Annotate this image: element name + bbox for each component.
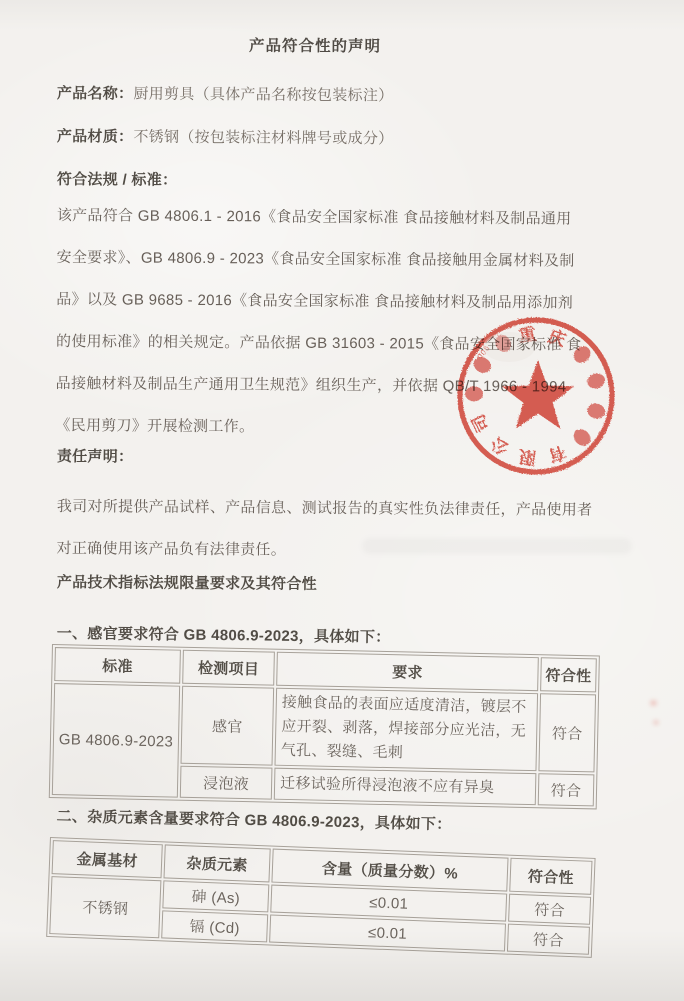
- cell-conformity: 符合: [507, 924, 590, 955]
- sensory-requirements-table-wrap: 标准 检测项目 要求 符合性 GB 4806.9-2023 感官 接触食品的表面…: [49, 644, 600, 809]
- cell-requirement: 接触食品的表面应适度清洁，镀层不应开裂、剥落，焊接部分应光洁，无气孔、裂缝、毛刺: [275, 688, 539, 771]
- header-standard: 标准: [54, 647, 181, 684]
- liability-paragraph: 我司对所提供产品试样、产品信息、测试报告的真实性负法律责任，产品使用者 对正确使…: [56, 486, 632, 574]
- ink-speck: [650, 700, 657, 706]
- liability-heading: 责任声明：: [57, 436, 134, 479]
- technical-indicators-heading: 产品技术指标法规限量要求及其符合性: [57, 562, 317, 606]
- product-material-row: 产品材质：不锈钢（按包装标注材料牌号或成分）: [57, 116, 394, 160]
- document-photo: 产品符合性的声明 产品名称：厨用剪具（具体产品名称按包装标注） 产品材质：不锈钢…: [0, 0, 684, 1001]
- impurity-elements-table: 金属基材 杂质元素 含量（质量分数）% 符合性 不锈钢 砷 (As) ≤0.01…: [46, 837, 595, 958]
- paragraph-line: 安全要求》、GB 4806.9 - 2023《食品安全国家标准 食品接触用金属材…: [56, 237, 631, 283]
- product-name-value: 厨用剪具（具体产品名称按包装标注）: [133, 86, 393, 105]
- sensory-requirements-table: 标准 检测项目 要求 符合性 GB 4806.9-2023 感官 接触食品的表面…: [49, 644, 600, 809]
- cell-element: 砷 (As): [162, 880, 269, 912]
- product-name-label: 产品名称：: [57, 85, 134, 103]
- seal-char: 庆: [546, 325, 569, 350]
- cell-test-item: 感官: [181, 686, 275, 766]
- ink-speck: [653, 720, 659, 725]
- company-seal: 重 庆 有 限 公 司 005: [441, 301, 631, 491]
- seal-char: 有: [546, 442, 569, 467]
- seal-glyph-smudge: [586, 402, 607, 421]
- product-name-row: 产品名称：厨用剪具（具体产品名称按包装标注）: [57, 73, 394, 117]
- show-through-smudge: [362, 538, 632, 554]
- seal-glyph-smudge: [465, 386, 484, 402]
- impurity-elements-table-wrap: 金属基材 杂质元素 含量（质量分数）% 符合性 不锈钢 砷 (As) ≤0.01…: [46, 837, 595, 958]
- header-test-item: 检测项目: [182, 650, 275, 686]
- seal-artwork: 重 庆 有 限 公 司 005: [460, 320, 612, 472]
- cell-base-material: 不锈钢: [49, 876, 161, 938]
- cell-conformity: 符合: [538, 693, 596, 772]
- header-conformity: 符合性: [540, 657, 597, 692]
- table-row: GB 4806.9-2023 感官 接触食品的表面应适度清洁，镀层不应开裂、剥落…: [53, 683, 597, 772]
- seal-ink-fade: [483, 332, 535, 362]
- product-material-value: 不锈钢（按包装标注材料牌号或成分）: [133, 129, 393, 148]
- seal-glyph-smudge: [586, 372, 607, 391]
- document-title: 产品符合性的声明: [0, 32, 630, 57]
- paragraph-line: 该产品符合 GB 4806.1 - 2016《食品安全国家标准 食品接触材料及制…: [57, 195, 632, 241]
- seal-star-icon: [502, 360, 574, 429]
- cell-element: 镉 (Cd): [161, 910, 268, 942]
- paragraph-line: 我司对所提供产品试样、产品信息、测试报告的真实性负法律责任，产品使用者: [57, 486, 632, 532]
- header-base-material: 金属基材: [52, 840, 163, 878]
- seal-char: 司: [468, 411, 493, 435]
- cell-requirement: 迁移试验所得浸泡液不应有异臭: [274, 768, 537, 805]
- seal-char: 限: [518, 446, 537, 467]
- product-material-label: 产品材质：: [57, 128, 134, 146]
- cell-conformity: 符合: [538, 773, 595, 806]
- header-conformity: 符合性: [509, 858, 592, 895]
- header-requirement: 要求: [276, 652, 539, 691]
- header-impurity-element: 杂质元素: [163, 844, 270, 882]
- cell-conformity: 符合: [508, 894, 591, 925]
- cell-standard: GB 4806.9-2023: [52, 683, 180, 798]
- cell-test-item: 浸泡液: [180, 766, 273, 800]
